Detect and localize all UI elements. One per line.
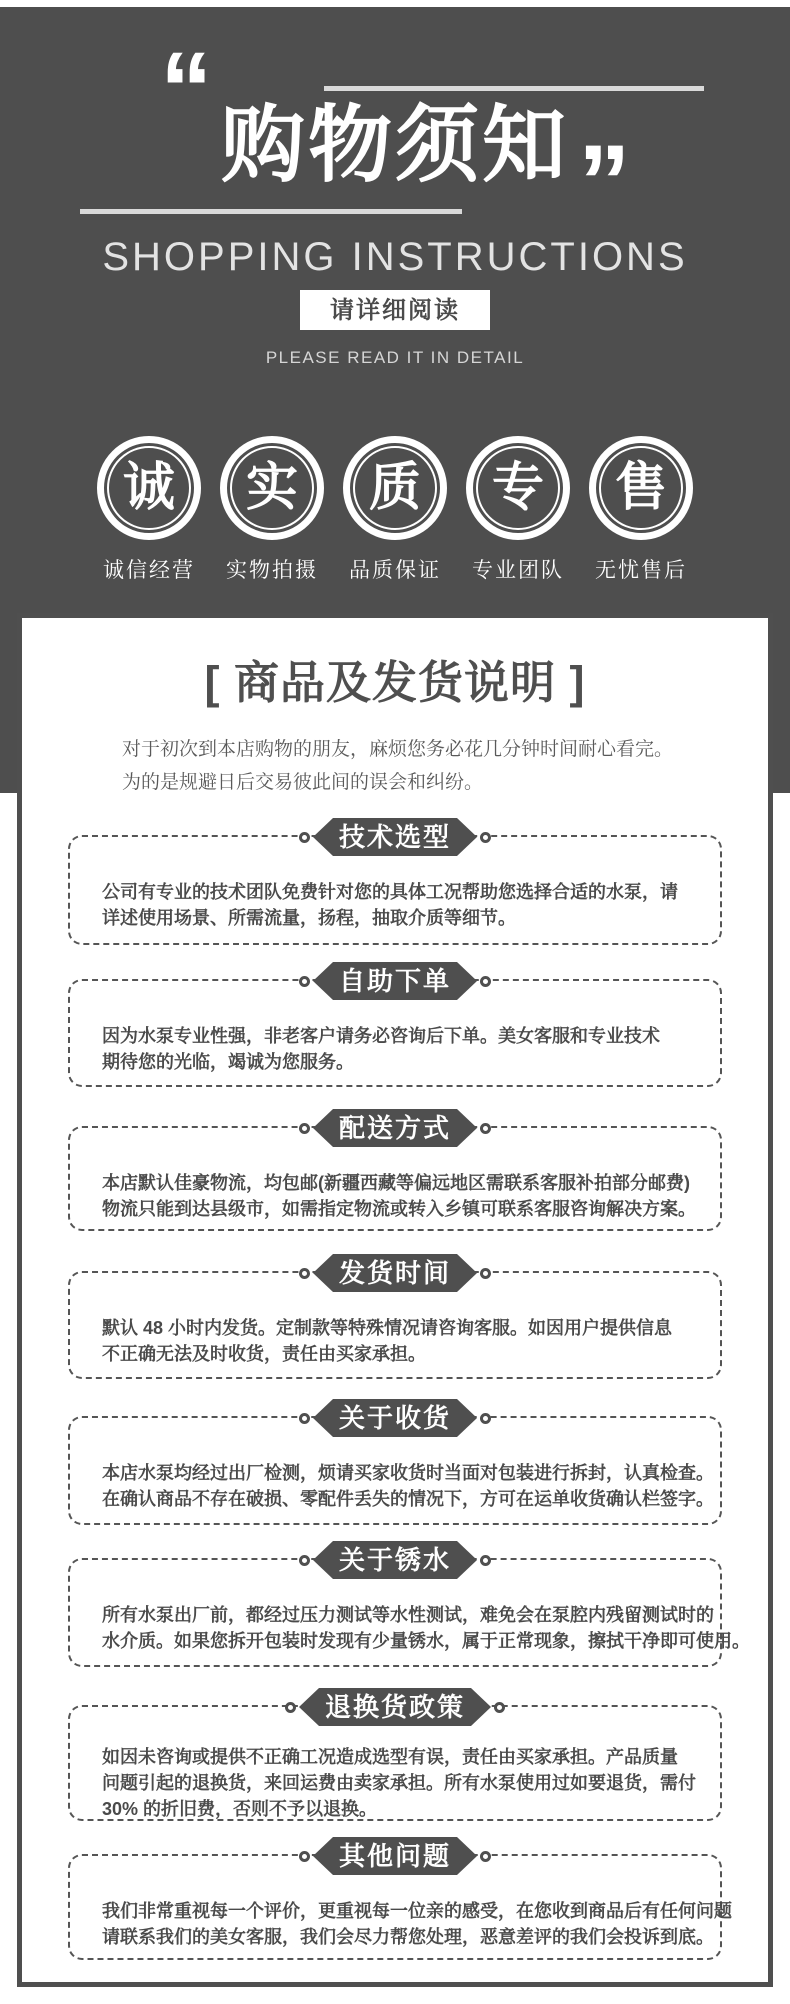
section-body: 我们非常重视每一个评价，更重视每一位亲的感受，在您收到商品后有任何问题请联系我们… — [102, 1898, 692, 1950]
section-text-line: 请联系我们的美女客服，我们会尽力帮您处理，恶意差评的我们会投诉到底。 — [102, 1924, 692, 1950]
section-body: 所有水泵出厂前，都经过压力测试等水性测试，难免会在泵腔内残留测试时的水介质。如果… — [102, 1602, 692, 1654]
trust-badge-char: 专 — [492, 462, 544, 514]
section-text-line: 如因未咨询或提供不正确工况造成选型有误，责任由买家承担。产品质量 — [102, 1744, 692, 1770]
badge-dot-left-icon — [299, 1268, 310, 1279]
section-badge: 自助下单 — [296, 962, 494, 1000]
section-text-line: 30% 的折旧费，否则不予以退换。 — [102, 1796, 692, 1822]
badge-dot-left-icon — [285, 1702, 296, 1713]
section-box: 配送方式 本店默认佳豪物流，均包邮(新疆西藏等偏远地区需联系客服补拍部分邮费)物… — [68, 1126, 722, 1231]
trust-badge-circle-icon: 质 — [343, 436, 447, 540]
section-body: 公司有专业的技术团队免费针对您的具体工况帮助您选择合适的水泵，请详述使用场景、所… — [102, 879, 692, 931]
badge-dot-right-icon — [480, 976, 491, 987]
section-box: 其他问题 我们非常重视每一个评价，更重视每一位亲的感受，在您收到商品后有任何问题… — [68, 1854, 722, 1960]
badge-dot-left-icon — [299, 1413, 310, 1424]
section-text-line: 因为水泵专业性强，非老客户请务必咨询后下单。美女客服和专业技术 — [102, 1023, 692, 1049]
page-title: 购物须知 — [0, 103, 790, 187]
trust-badge-circle-icon: 诚 — [97, 436, 201, 540]
section-badge-label: 自助下单 — [313, 962, 477, 1000]
section-badge: 关于收货 — [296, 1399, 494, 1437]
badge-dot-right-icon — [480, 1555, 491, 1566]
section-text-line: 默认 48 小时内发货。定制款等特殊情况请咨询客服。如因用户提供信息 — [102, 1315, 692, 1341]
trust-badge-char: 诚 — [123, 462, 175, 514]
badge-dot-right-icon — [480, 1268, 491, 1279]
trust-badge-circle-icon: 专 — [466, 436, 570, 540]
trust-badge-char: 质 — [369, 462, 421, 514]
trust-badge-label: 无忧售后 — [589, 554, 693, 584]
section-badge: 关于锈水 — [296, 1541, 494, 1579]
section-box: 关于收货 本店水泵均经过出厂检测，烦请买家收货时当面对包装进行拆封，认真检查。在… — [68, 1416, 722, 1525]
section-badge-label: 配送方式 — [313, 1109, 477, 1147]
section-text-line: 本店默认佳豪物流，均包邮(新疆西藏等偏远地区需联系客服补拍部分邮费) — [102, 1170, 692, 1196]
trust-badge: 质 品质保证 — [343, 436, 447, 584]
section-body: 因为水泵专业性强，非老客户请务必咨询后下单。美女客服和专业技术期待您的光临，竭诚… — [102, 1023, 692, 1075]
card-intro: 对于初次到本店购物的朋友，麻烦您务必花几分钟时间耐心看完。为的是规避日后交易彼此… — [122, 733, 768, 799]
badge-dot-left-icon — [299, 976, 310, 987]
section-body: 默认 48 小时内发货。定制款等特殊情况请咨询客服。如因用户提供信息不正确无法及… — [102, 1315, 692, 1367]
section-body: 本店水泵均经过出厂检测，烦请买家收货时当面对包装进行拆封，认真检查。在确认商品不… — [102, 1460, 692, 1512]
badge-dot-right-icon — [494, 1702, 505, 1713]
section-badge-label: 发货时间 — [313, 1254, 477, 1292]
section-box: 退换货政策 如因未咨询或提供不正确工况造成选型有误，责任由买家承担。产品质量问题… — [68, 1705, 722, 1821]
section-text-line: 详述使用场景、所需流量，扬程，抽取介质等细节。 — [102, 905, 692, 931]
section-text-line: 水介质。如果您拆开包装时发现有少量锈水，属于正常现象，擦拭干净即可使用。 — [102, 1628, 692, 1654]
badge-dot-right-icon — [480, 1413, 491, 1424]
badge-dot-left-icon — [299, 832, 310, 843]
section-box: 自助下单 因为水泵专业性强，非老客户请务必咨询后下单。美女客服和专业技术期待您的… — [68, 979, 722, 1087]
section-badge-label: 关于收货 — [313, 1399, 477, 1437]
section-badge-label: 技术选型 — [313, 818, 477, 856]
section-badge: 发货时间 — [296, 1254, 494, 1292]
intro-line: 为的是规避日后交易彼此间的误会和纠纷。 — [122, 766, 768, 799]
section-text-line: 公司有专业的技术团队免费针对您的具体工况帮助您选择合适的水泵，请 — [102, 879, 692, 905]
intro-line: 对于初次到本店购物的朋友，麻烦您务必花几分钟时间耐心看完。 — [122, 733, 768, 766]
section-badge: 退换货政策 — [282, 1688, 508, 1726]
trust-badge: 专 专业团队 — [466, 436, 570, 584]
read-detail-button[interactable]: 请详细阅读 — [300, 290, 490, 330]
section-badge: 配送方式 — [296, 1109, 494, 1147]
page-subtitle: SHOPPING INSTRUCTIONS — [0, 235, 790, 280]
section-text-line: 我们非常重视每一个评价，更重视每一位亲的感受，在您收到商品后有任何问题 — [102, 1898, 692, 1924]
read-detail-note: PLEASE READ IT IN DETAIL — [0, 348, 790, 368]
quote-close-mark: „ — [578, 71, 631, 176]
trust-badge-circle-icon: 售 — [589, 436, 693, 540]
trust-badges-row: 诚 诚信经营 实 实物拍摄 质 品质保证 专 专业团队 售 无忧售后 — [0, 436, 790, 584]
section-text-line: 物流只能到达县级市，如需指定物流或转入乡镇可联系客服咨询解决方案。 — [102, 1196, 692, 1222]
info-card: [ 商品及发货说明 ] 对于初次到本店购物的朋友，麻烦您务必花几分钟时间耐心看完… — [17, 613, 773, 1987]
trust-badge-label: 品质保证 — [343, 554, 447, 584]
section-badge: 技术选型 — [296, 818, 494, 856]
decorative-line-top — [324, 86, 704, 91]
trust-badge: 售 无忧售后 — [589, 436, 693, 584]
section-text-line: 不正确无法及时收货，责任由买家承担。 — [102, 1341, 692, 1367]
trust-badge-label: 专业团队 — [466, 554, 570, 584]
section-text-line: 期待您的光临，竭诚为您服务。 — [102, 1049, 692, 1075]
badge-dot-right-icon — [480, 1851, 491, 1862]
section-text-line: 在确认商品不存在破损、零配件丢失的情况下，方可在运单收货确认栏签字。 — [102, 1486, 692, 1512]
trust-badge-label: 诚信经营 — [97, 554, 201, 584]
badge-dot-right-icon — [480, 1123, 491, 1134]
section-box: 发货时间 默认 48 小时内发货。定制款等特殊情况请咨询客服。如因用户提供信息不… — [68, 1271, 722, 1379]
badge-dot-left-icon — [299, 1555, 310, 1566]
section-text-line: 所有水泵出厂前，都经过压力测试等水性测试，难免会在泵腔内残留测试时的 — [102, 1602, 692, 1628]
section-text-line: 问题引起的退换货，来回运费由卖家承担。所有水泵使用过如要退货，需付 — [102, 1770, 692, 1796]
section-badge-label: 关于锈水 — [313, 1541, 477, 1579]
section-list: 技术选型 公司有专业的技术团队免费针对您的具体工况帮助您选择合适的水泵，请详述使… — [22, 835, 768, 1960]
badge-dot-left-icon — [299, 1123, 310, 1134]
trust-badge-char: 实 — [246, 462, 298, 514]
trust-badge-char: 售 — [615, 462, 667, 514]
card-title: [ 商品及发货说明 ] — [22, 660, 768, 705]
section-box: 技术选型 公司有专业的技术团队免费针对您的具体工况帮助您选择合适的水泵，请详述使… — [68, 835, 722, 945]
trust-badge: 诚 诚信经营 — [97, 436, 201, 584]
badge-dot-left-icon — [299, 1851, 310, 1862]
trust-badge-circle-icon: 实 — [220, 436, 324, 540]
trust-badge-label: 实物拍摄 — [220, 554, 324, 584]
section-badge-label: 其他问题 — [313, 1837, 477, 1875]
section-badge-label: 退换货政策 — [299, 1688, 491, 1726]
section-text-line: 本店水泵均经过出厂检测，烦请买家收货时当面对包装进行拆封，认真检查。 — [102, 1460, 692, 1486]
decorative-line-bottom — [80, 209, 462, 214]
section-body: 本店默认佳豪物流，均包邮(新疆西藏等偏远地区需联系客服补拍部分邮费)物流只能到达… — [102, 1170, 692, 1222]
section-body: 如因未咨询或提供不正确工况造成选型有误，责任由买家承担。产品质量问题引起的退换货… — [102, 1744, 692, 1822]
trust-badge: 实 实物拍摄 — [220, 436, 324, 584]
section-box: 关于锈水 所有水泵出厂前，都经过压力测试等水性测试，难免会在泵腔内残留测试时的水… — [68, 1558, 722, 1667]
section-badge: 其他问题 — [296, 1837, 494, 1875]
badge-dot-right-icon — [480, 832, 491, 843]
